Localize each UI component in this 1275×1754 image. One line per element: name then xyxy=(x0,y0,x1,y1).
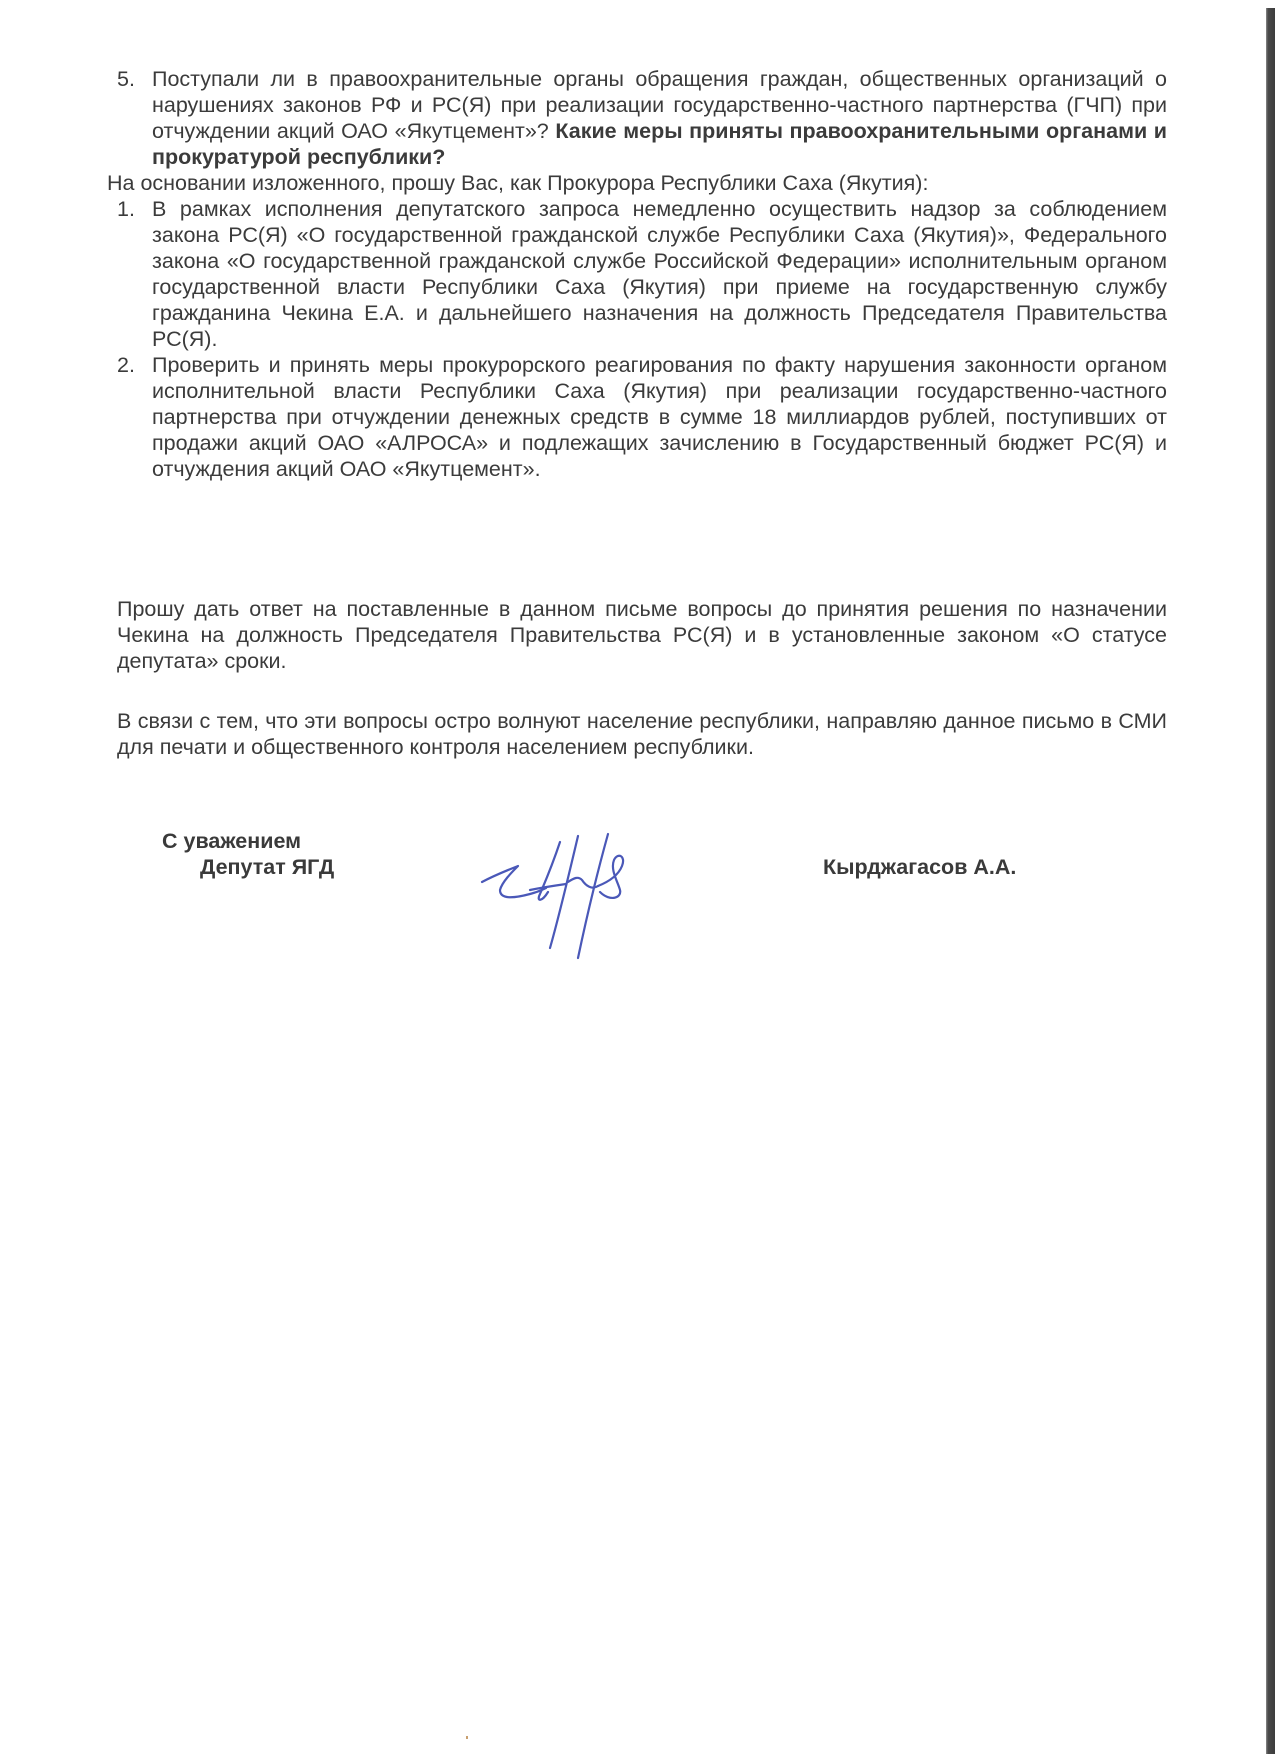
media-paragraph: В связи с тем, что эти вопросы остро вол… xyxy=(117,708,1167,760)
request-item-2: 2. Проверить и принять меры прокурорског… xyxy=(117,352,1167,482)
answer-request-paragraph: Прошу дать ответ на поставленные в данно… xyxy=(117,596,1167,674)
intro-paragraph: На основании изложенного, прошу Вас, как… xyxy=(107,170,1167,196)
request-text: Проверить и принять меры прокурорского р… xyxy=(152,352,1167,482)
closing-salutation: С уважением xyxy=(162,828,301,854)
signer-position: Депутат ЯГД xyxy=(200,854,334,880)
request-item-1: 1. В рамках исполнения депутатского запр… xyxy=(117,196,1167,352)
question-item-5: 5. Поступали ли в правоохранительные орг… xyxy=(117,66,1167,170)
signer-name: Кырджагасов А.А. xyxy=(823,854,1016,880)
question-text: Поступали ли в правоохранительные органы… xyxy=(152,66,1167,170)
list-number: 2. xyxy=(117,352,135,378)
list-number: 5. xyxy=(117,66,135,92)
scan-speck xyxy=(466,1736,468,1739)
request-text: В рамках исполнения депутатского запроса… xyxy=(152,196,1167,352)
scan-edge-shadow xyxy=(1266,8,1275,1754)
list-number: 1. xyxy=(117,196,135,222)
handwritten-signature xyxy=(470,830,650,960)
